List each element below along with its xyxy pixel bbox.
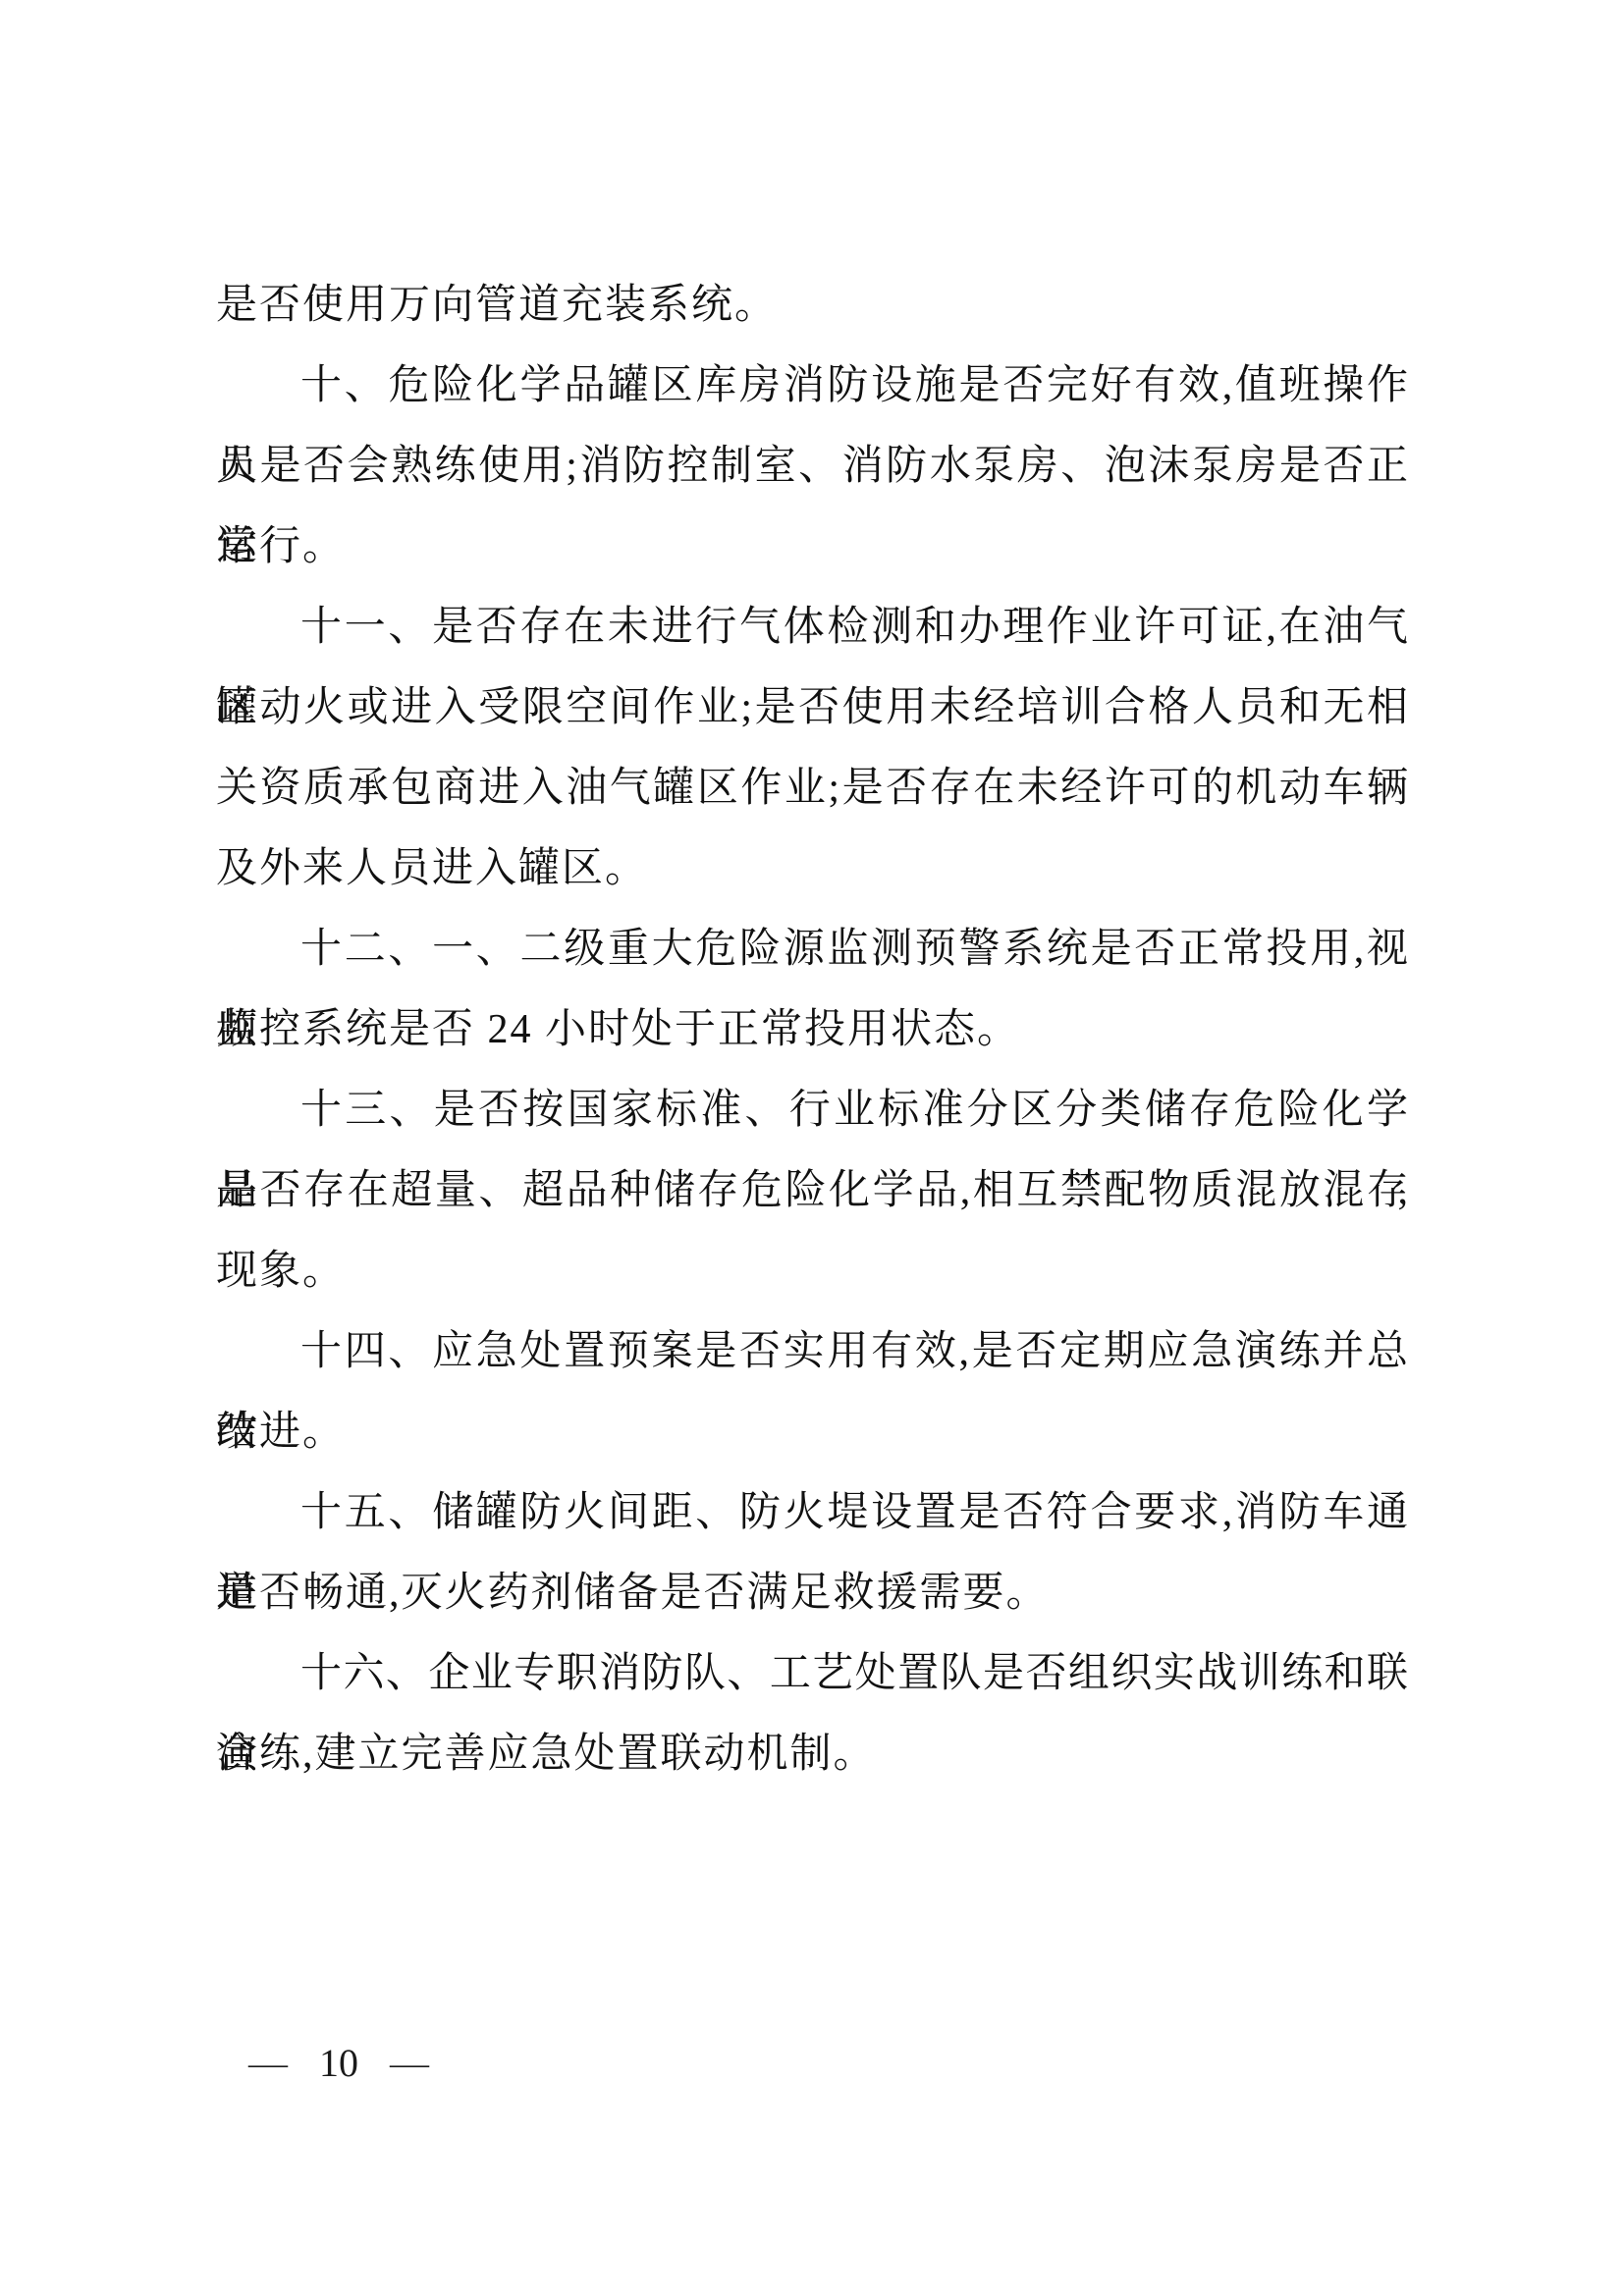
- document-body: 是否使用万向管道充装系统。十、危险化学品罐区库房消防设施是否完好有效,值班操作人…: [216, 265, 1409, 1794]
- page-footer: — 10 —: [248, 2042, 429, 2085]
- text-line: 十、危险化学品罐区库房消防设施是否完好有效,值班操作人: [216, 346, 1409, 426]
- page-number: 10: [319, 2042, 358, 2085]
- text-line: 现象。: [216, 1231, 1409, 1311]
- footer-dash-right: —: [390, 2045, 429, 2081]
- text-line: 演练,建立完善应急处置联动机制。: [216, 1714, 1409, 1794]
- text-line: 改进。: [216, 1392, 1409, 1472]
- text-line: 十五、储罐防火间距、防火堤设置是否符合要求,消防车通道: [216, 1472, 1409, 1553]
- document-page: 是否使用万向管道充装系统。十、危险化学品罐区库房消防设施是否完好有效,值班操作人…: [0, 0, 1624, 2296]
- text-line: 十六、企业专职消防队、工艺处置队是否组织实战训练和联合: [216, 1633, 1409, 1714]
- text-line: 关资质承包商进入油气罐区作业;是否存在未经许可的机动车辆: [216, 748, 1409, 828]
- text-line: 十一、是否存在未进行气体检测和办理作业许可证,在油气罐: [216, 587, 1409, 667]
- text-line: 十四、应急处置预案是否实用有效,是否定期应急演练并总结: [216, 1311, 1409, 1392]
- text-line: 监控系统是否 24 小时处于正常投用状态。: [216, 989, 1409, 1070]
- text-line: 十二、一、二级重大危险源监测预警系统是否正常投用,视频: [216, 909, 1409, 989]
- text-line: 运行。: [216, 507, 1409, 587]
- text-line: 及外来人员进入罐区。: [216, 828, 1409, 909]
- text-line: 十三、是否按国家标准、行业标准分区分类储存危险化学品,: [216, 1070, 1409, 1150]
- text-line: 员是否会熟练使用;消防控制室、消防水泵房、泡沫泵房是否正常: [216, 426, 1409, 507]
- footer-dash-left: —: [248, 2045, 288, 2081]
- text-line: 是否存在超量、超品种储存危险化学品,相互禁配物质混放混存: [216, 1150, 1409, 1231]
- text-line: 区动火或进入受限空间作业;是否使用未经培训合格人员和无相: [216, 667, 1409, 748]
- text-line: 是否使用万向管道充装系统。: [216, 265, 1409, 346]
- text-line: 是否畅通,灭火药剂储备是否满足救援需要。: [216, 1553, 1409, 1633]
